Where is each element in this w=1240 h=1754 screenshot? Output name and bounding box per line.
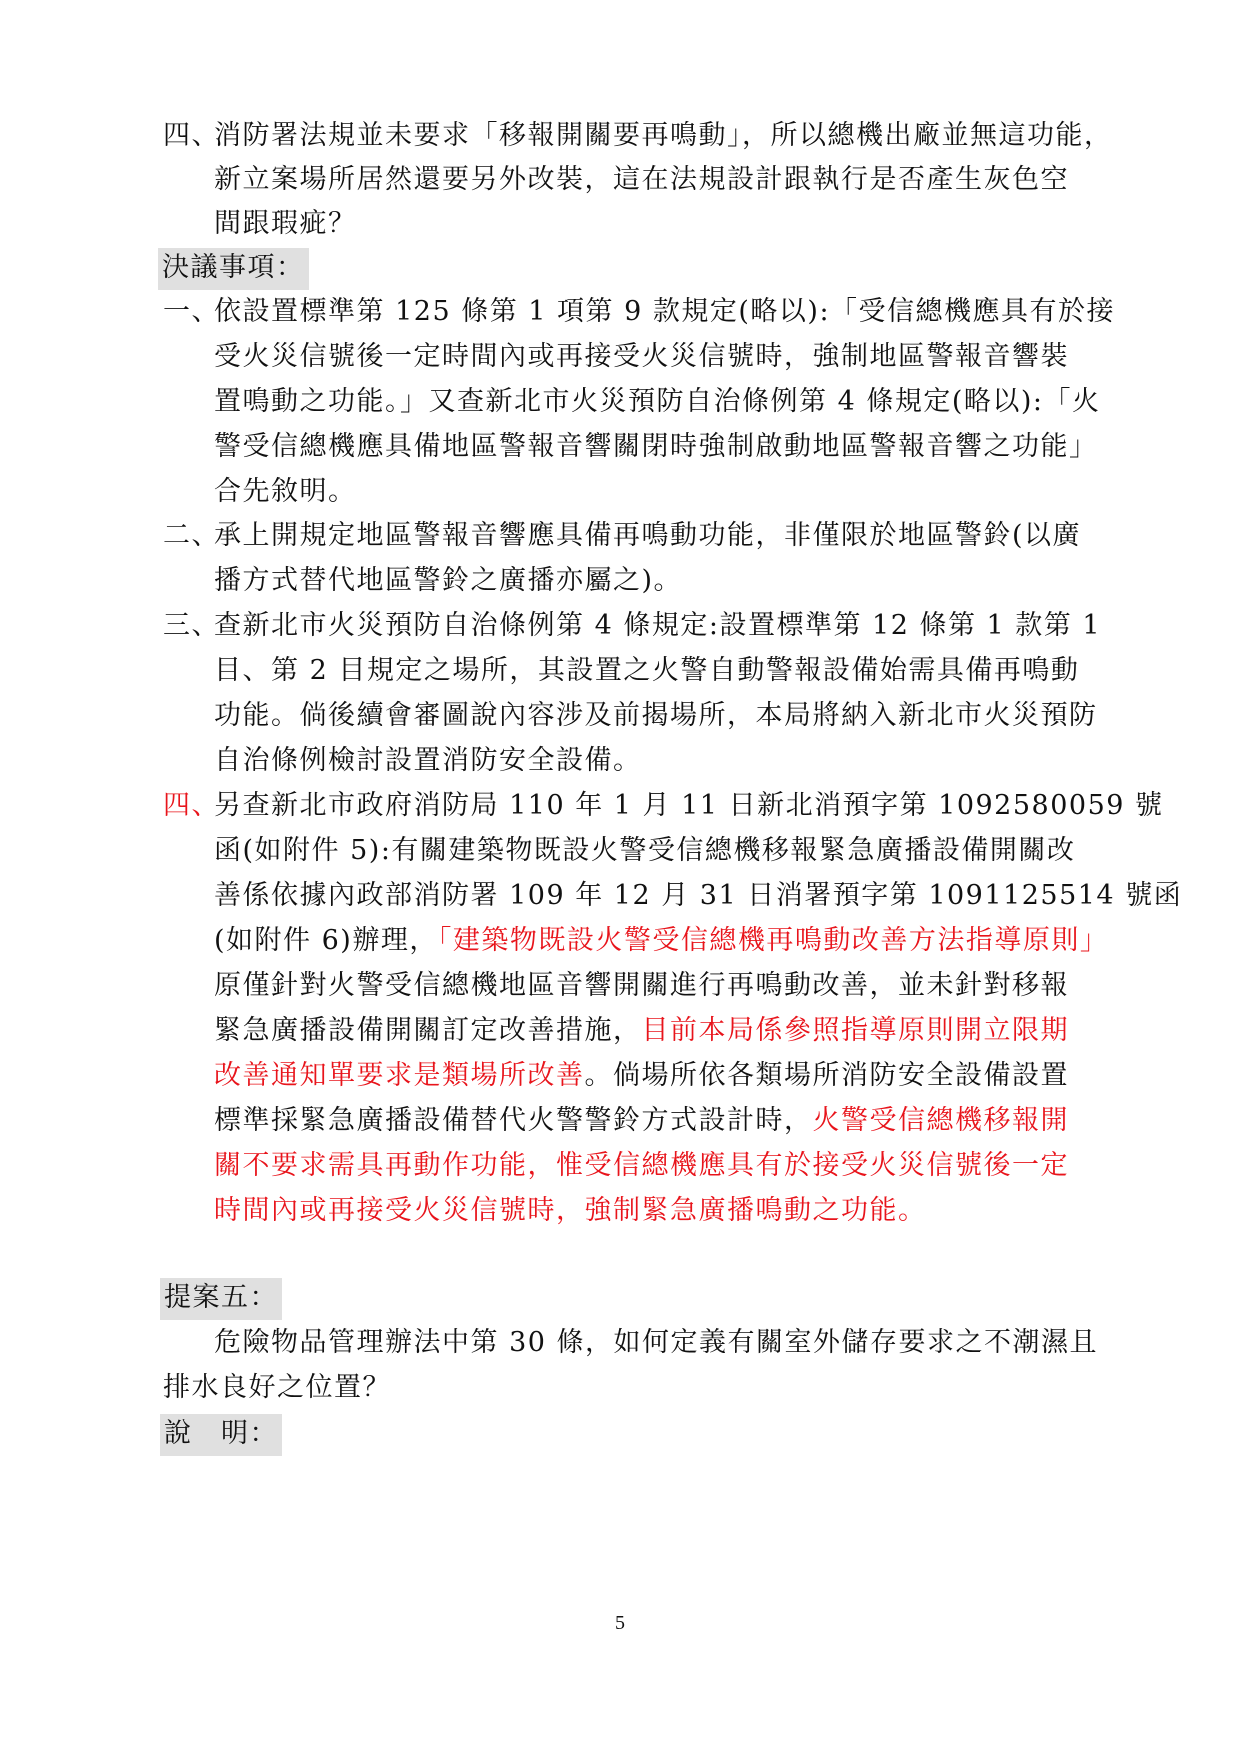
text-segment: 。倘場所依各類場所消防安全設備設置 xyxy=(585,1060,1070,1091)
text-line: 合先敘明。 xyxy=(214,474,357,510)
highlighted-text-segment: 關不要求需具再動作功能，惟受信總機應具有於接受火災信號後一定 xyxy=(214,1150,1069,1181)
text-line: 自治條例檢討設置消防安全設備。 xyxy=(214,743,642,779)
proposal-heading: 提案五： xyxy=(160,1278,282,1320)
text-segment: 善係依據內政部消防署 109 年 12 月 31 日消署預字第 10911255… xyxy=(214,880,1182,911)
highlighted-text-segment: 時間內或再接受火災信號時，強制緊急廣播鳴動之功能。 xyxy=(214,1195,927,1226)
text-line: 消防署法規並未要求「移報開關要再鳴動」，所以總機出廠並無這功能， xyxy=(214,118,1113,154)
resolution-heading: 決議事項： xyxy=(158,248,309,290)
text-line: 查新北市火災預防自治條例第 4 條規定:設置標準第 12 條第 1 款第 1 xyxy=(214,608,1101,644)
text-line: 危險物品管理辦法中第 30 條，如何定義有關室外儲存要求之不潮濕且 xyxy=(214,1325,1098,1361)
text-segment: 標準採緊急廣播設備替代火警警鈴方式設計時， xyxy=(214,1105,813,1136)
explanation-heading: 說 明： xyxy=(160,1414,282,1456)
text-line: 置鳴動之功能。」又查新北市火災預防自治條例第 4 條規定(略以):「火 xyxy=(214,384,1101,420)
document-page: 四、 消防署法規並未要求「移報開關要再鳴動」，所以總機出廠並無這功能， 新立案場… xyxy=(0,0,1240,1754)
text-line: 改善通知單要求是類場所改善。倘場所依各類場所消防安全設備設置 xyxy=(214,1058,1069,1094)
highlighted-text-segment: 目前本局係參照指導原則開立限期 xyxy=(642,1015,1070,1046)
text-segment: 另查新北市政府消防局 110 年 1 月 11 日新北消預字第 10925800… xyxy=(214,790,1164,821)
text-line: (如附件 6)辦理，「建築物既設火警受信總機再鳴動改善方法指導原則」 xyxy=(214,923,1108,959)
text-line: 標準採緊急廣播設備替代火警警鈴方式設計時，火警受信總機移報開 xyxy=(214,1103,1069,1139)
item-number: 二、 xyxy=(163,518,220,554)
text-line: 目、第 2 目規定之場所，其設置之火警自動警報設備始需具備再鳴動 xyxy=(214,653,1079,689)
text-line: 善係依據內政部消防署 109 年 12 月 31 日消署預字第 10911255… xyxy=(214,878,1182,914)
text-line: 另查新北市政府消防局 110 年 1 月 11 日新北消預字第 10925800… xyxy=(214,788,1164,824)
text-segment: 函(如附件 5):有關建築物既設火警受信總機移報緊急廣播設備開關改 xyxy=(214,835,1075,866)
text-line: 功能。倘後續會審圖說內容涉及前揭場所，本局將納入新北市火災預防 xyxy=(214,698,1098,734)
text-line: 函(如附件 5):有關建築物既設火警受信總機移報緊急廣播設備開關改 xyxy=(214,833,1075,869)
text-line: 時間內或再接受火災信號時，強制緊急廣播鳴動之功能。 xyxy=(214,1193,927,1229)
highlighted-text-segment: 「建築物既設火警受信總機再鳴動改善方法指導原則」 xyxy=(438,925,1109,956)
text-line: 依設置標準第 125 條第 1 項第 9 款規定(略以):「受信總機應具有於接 xyxy=(214,294,1115,330)
text-line: 受火災信號後一定時間內或再接受火災信號時，強制地區警報音響裝 xyxy=(214,339,1069,375)
text-segment: (如附件 6)辦理， xyxy=(214,925,438,956)
text-line: 播方式替代地區警鈴之廣播亦屬之)。 xyxy=(214,563,682,599)
highlighted-text-segment: 改善通知單要求是類場所改善 xyxy=(214,1060,585,1091)
text-line: 警受信總機應具備地區警報音響關閉時強制啟動地區警報音響之功能」 xyxy=(214,429,1098,465)
text-segment: 原僅針對火警受信總機地區音響開關進行再鳴動改善，並未針對移報 xyxy=(214,970,1069,1001)
text-line: 原僅針對火警受信總機地區音響開關進行再鳴動改善，並未針對移報 xyxy=(214,968,1069,1004)
text-line: 緊急廣播設備開關訂定改善措施，目前本局係參照指導原則開立限期 xyxy=(214,1013,1069,1049)
item-number-highlighted: 四、 xyxy=(163,788,220,824)
item-number: 四、 xyxy=(163,118,220,154)
text-line: 新立案場所居然還要另外改裝，這在法規設計跟執行是否產生灰色空 xyxy=(214,162,1069,198)
item-number: 三、 xyxy=(163,608,220,644)
page-number: 5 xyxy=(0,1612,1240,1635)
highlighted-text-segment: 火警受信總機移報開 xyxy=(813,1105,1070,1136)
text-line: 關不要求需具再動作功能，惟受信總機應具有於接受火災信號後一定 xyxy=(214,1148,1069,1184)
text-line: 間跟瑕疵？ xyxy=(214,206,357,242)
text-line: 排水良好之位置？ xyxy=(163,1370,391,1406)
text-line: 承上開規定地區警報音響應具備再鳴動功能，非僅限於地區警鈴(以廣 xyxy=(214,518,1081,554)
item-number: 一、 xyxy=(163,294,220,330)
text-segment: 緊急廣播設備開關訂定改善措施， xyxy=(214,1015,642,1046)
